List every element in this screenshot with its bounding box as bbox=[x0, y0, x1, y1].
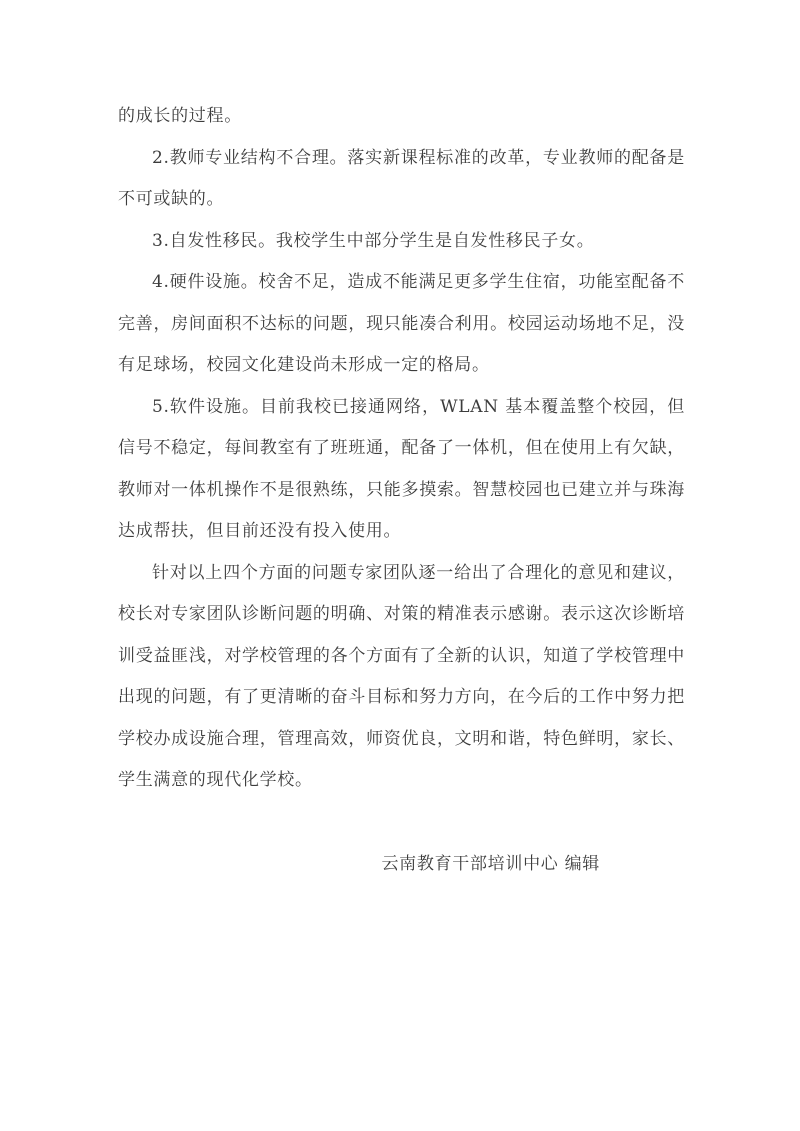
document-page: 的成长的过程。 2.教师专业结构不合理。落实新课程标准的改革，专业教师的配备是不… bbox=[0, 0, 800, 1131]
paragraph-item-2-teacher-structure: 2.教师专业结构不合理。落实新课程标准的改革，专业教师的配备是不可或缺的。 bbox=[118, 138, 685, 221]
paragraph-continuation: 的成长的过程。 bbox=[118, 96, 685, 138]
paragraph-item-4-hardware: 4.硬件设施。校舍不足，造成不能满足更多学生住宿，功能室配备不完善，房间面积不达… bbox=[118, 262, 685, 387]
signature-line: 云南教育干部培训中心 编辑 bbox=[118, 844, 685, 886]
paragraph-item-3-migration: 3.自发性移民。我校学生中部分学生是自发性移民子女。 bbox=[118, 221, 685, 263]
paragraph-item-5-software: 5.软件设施。目前我校已接通网络，WLAN 基本覆盖整个校园，但信号不稳定，每间… bbox=[118, 387, 685, 553]
paragraph-conclusion: 针对以上四个方面的问题专家团队逐一给出了合理化的意见和建议，校长对专家团队诊断问… bbox=[118, 553, 685, 802]
document-body: 的成长的过程。 2.教师专业结构不合理。落实新课程标准的改革，专业教师的配备是不… bbox=[118, 96, 685, 802]
